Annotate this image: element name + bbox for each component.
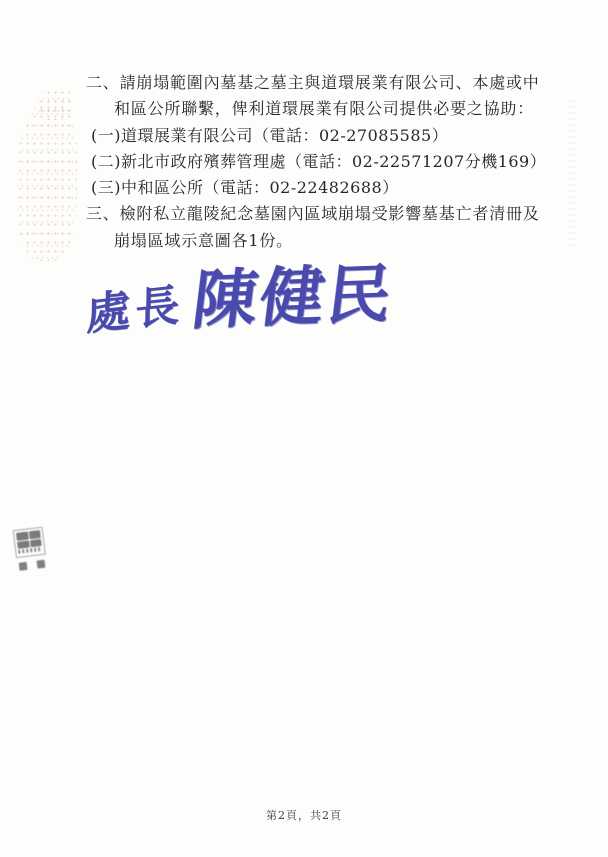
document-line: 和區公所聯繫，俾利道環展業有限公司提供必要之協助：: [86, 96, 578, 122]
document-line: (一)道環展業有限公司（電話：02-27085585）: [86, 123, 578, 149]
document-line: (二)新北市政府殯葬管理處（電話：02-22571207分機169）: [86, 149, 578, 175]
page-number-footer: 第2頁，共2頁: [0, 807, 608, 823]
scan-noise-patch: [38, 88, 72, 120]
document-line: 三、檢附私立龍陵紀念墓園內區域崩塌受影響墓基亡者清冊及: [86, 201, 578, 227]
document-line: 二、請崩塌範圍內墓基之墓主與道環展業有限公司、本處或中: [86, 70, 578, 96]
seal-below-glyphs: [19, 559, 54, 571]
signature-title: 處長: [86, 269, 185, 343]
signature-name: 陳健民: [188, 242, 400, 341]
seal-box: [13, 527, 46, 558]
signature: 處長 陳健民: [84, 243, 396, 346]
document-line: (三)中和區公所（電話：02-22482688）: [86, 175, 578, 201]
scan-noise-patch: [17, 103, 77, 261]
seal-glyphs: [16, 530, 42, 549]
seal-stamp-icon: [13, 526, 54, 571]
document-body: 二、請崩塌範圍內墓基之墓主與道環展業有限公司、本處或中 和區公所聯繫，俾利道環展…: [86, 70, 578, 254]
scanned-document-page: 二、請崩塌範圍內墓基之墓主與道環展業有限公司、本處或中 和區公所聯繫，俾利道環展…: [0, 0, 608, 857]
